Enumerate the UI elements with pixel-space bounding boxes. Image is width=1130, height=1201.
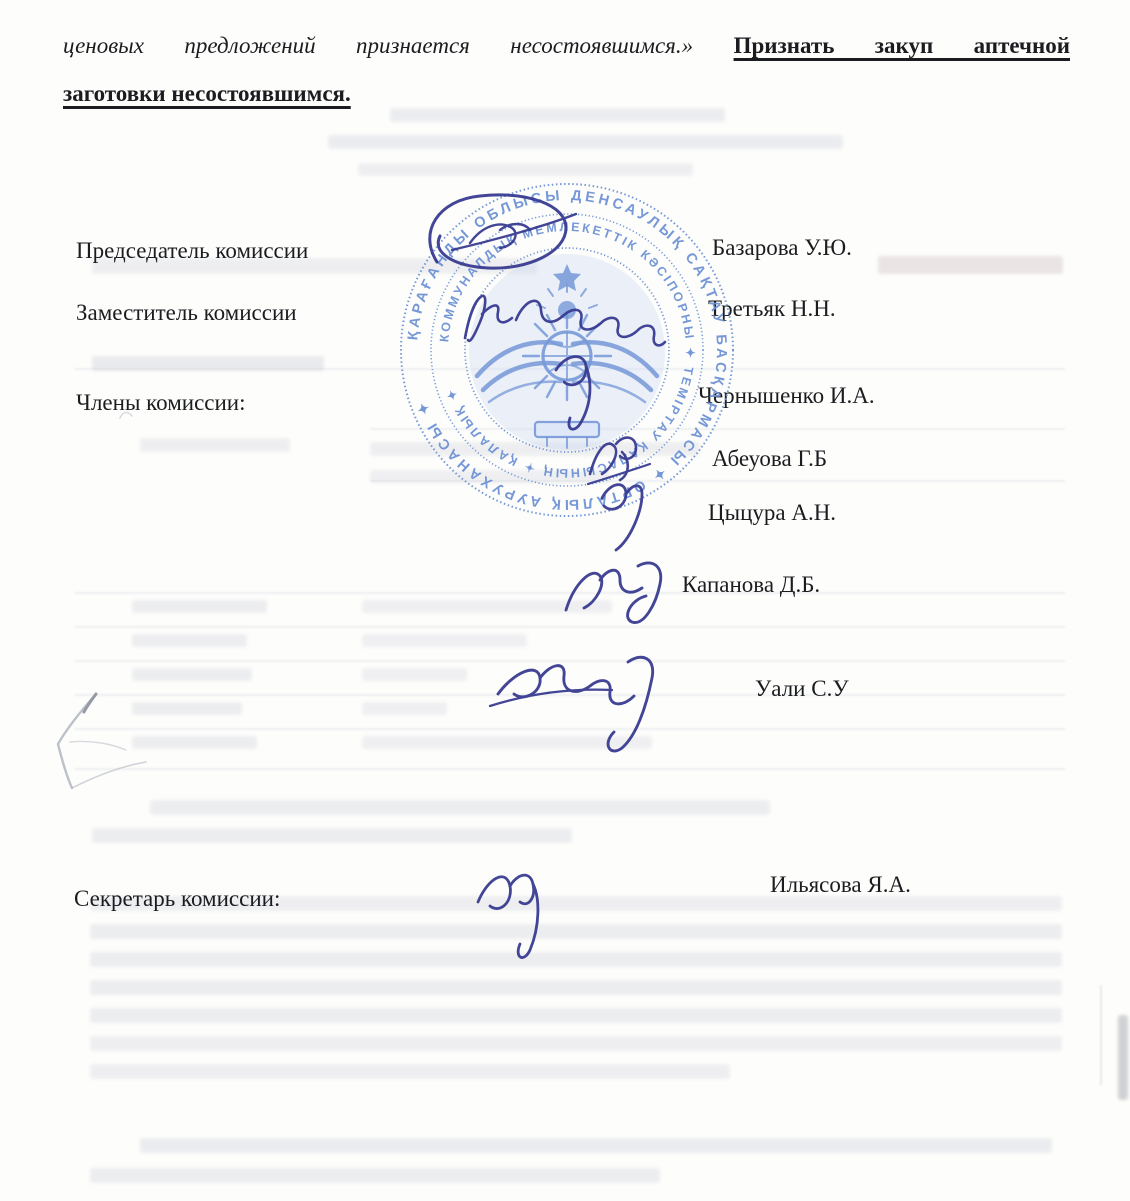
signature-ilyasova	[478, 875, 538, 957]
resolution-bold-part: Признать закуп аптечной	[734, 33, 1070, 58]
name-kapanova: Капанова Д.Б.	[682, 572, 820, 598]
resolution-paragraph: ценовых предложений признается несостояв…	[63, 24, 1070, 68]
name-ilyasova: Ильясова Я.А.	[770, 872, 911, 898]
label-chairman: Председатель комиссии	[76, 238, 308, 264]
name-uali: Уали С.У	[755, 676, 849, 702]
label-secretary: Секретарь комиссии:	[74, 886, 280, 912]
label-members: Члены комиссии:	[76, 390, 246, 416]
resolution-italic-text: ценовых предложений признается несостояв…	[63, 33, 693, 58]
stamp-coat-of-arms	[469, 254, 665, 450]
official-round-stamp: ҚАРАҒАНДЫ ОБЛЫСЫ ДЕНСАУЛЫҚ САҚТАУ БАСҚАР…	[397, 180, 737, 520]
label-deputy: Заместитель комиссии	[76, 300, 297, 326]
scanned-protocol-page: ценовых предложений признается несостояв…	[0, 0, 1130, 1201]
resolution-bold-line2: заготовки несостоявшимся.	[63, 72, 351, 116]
